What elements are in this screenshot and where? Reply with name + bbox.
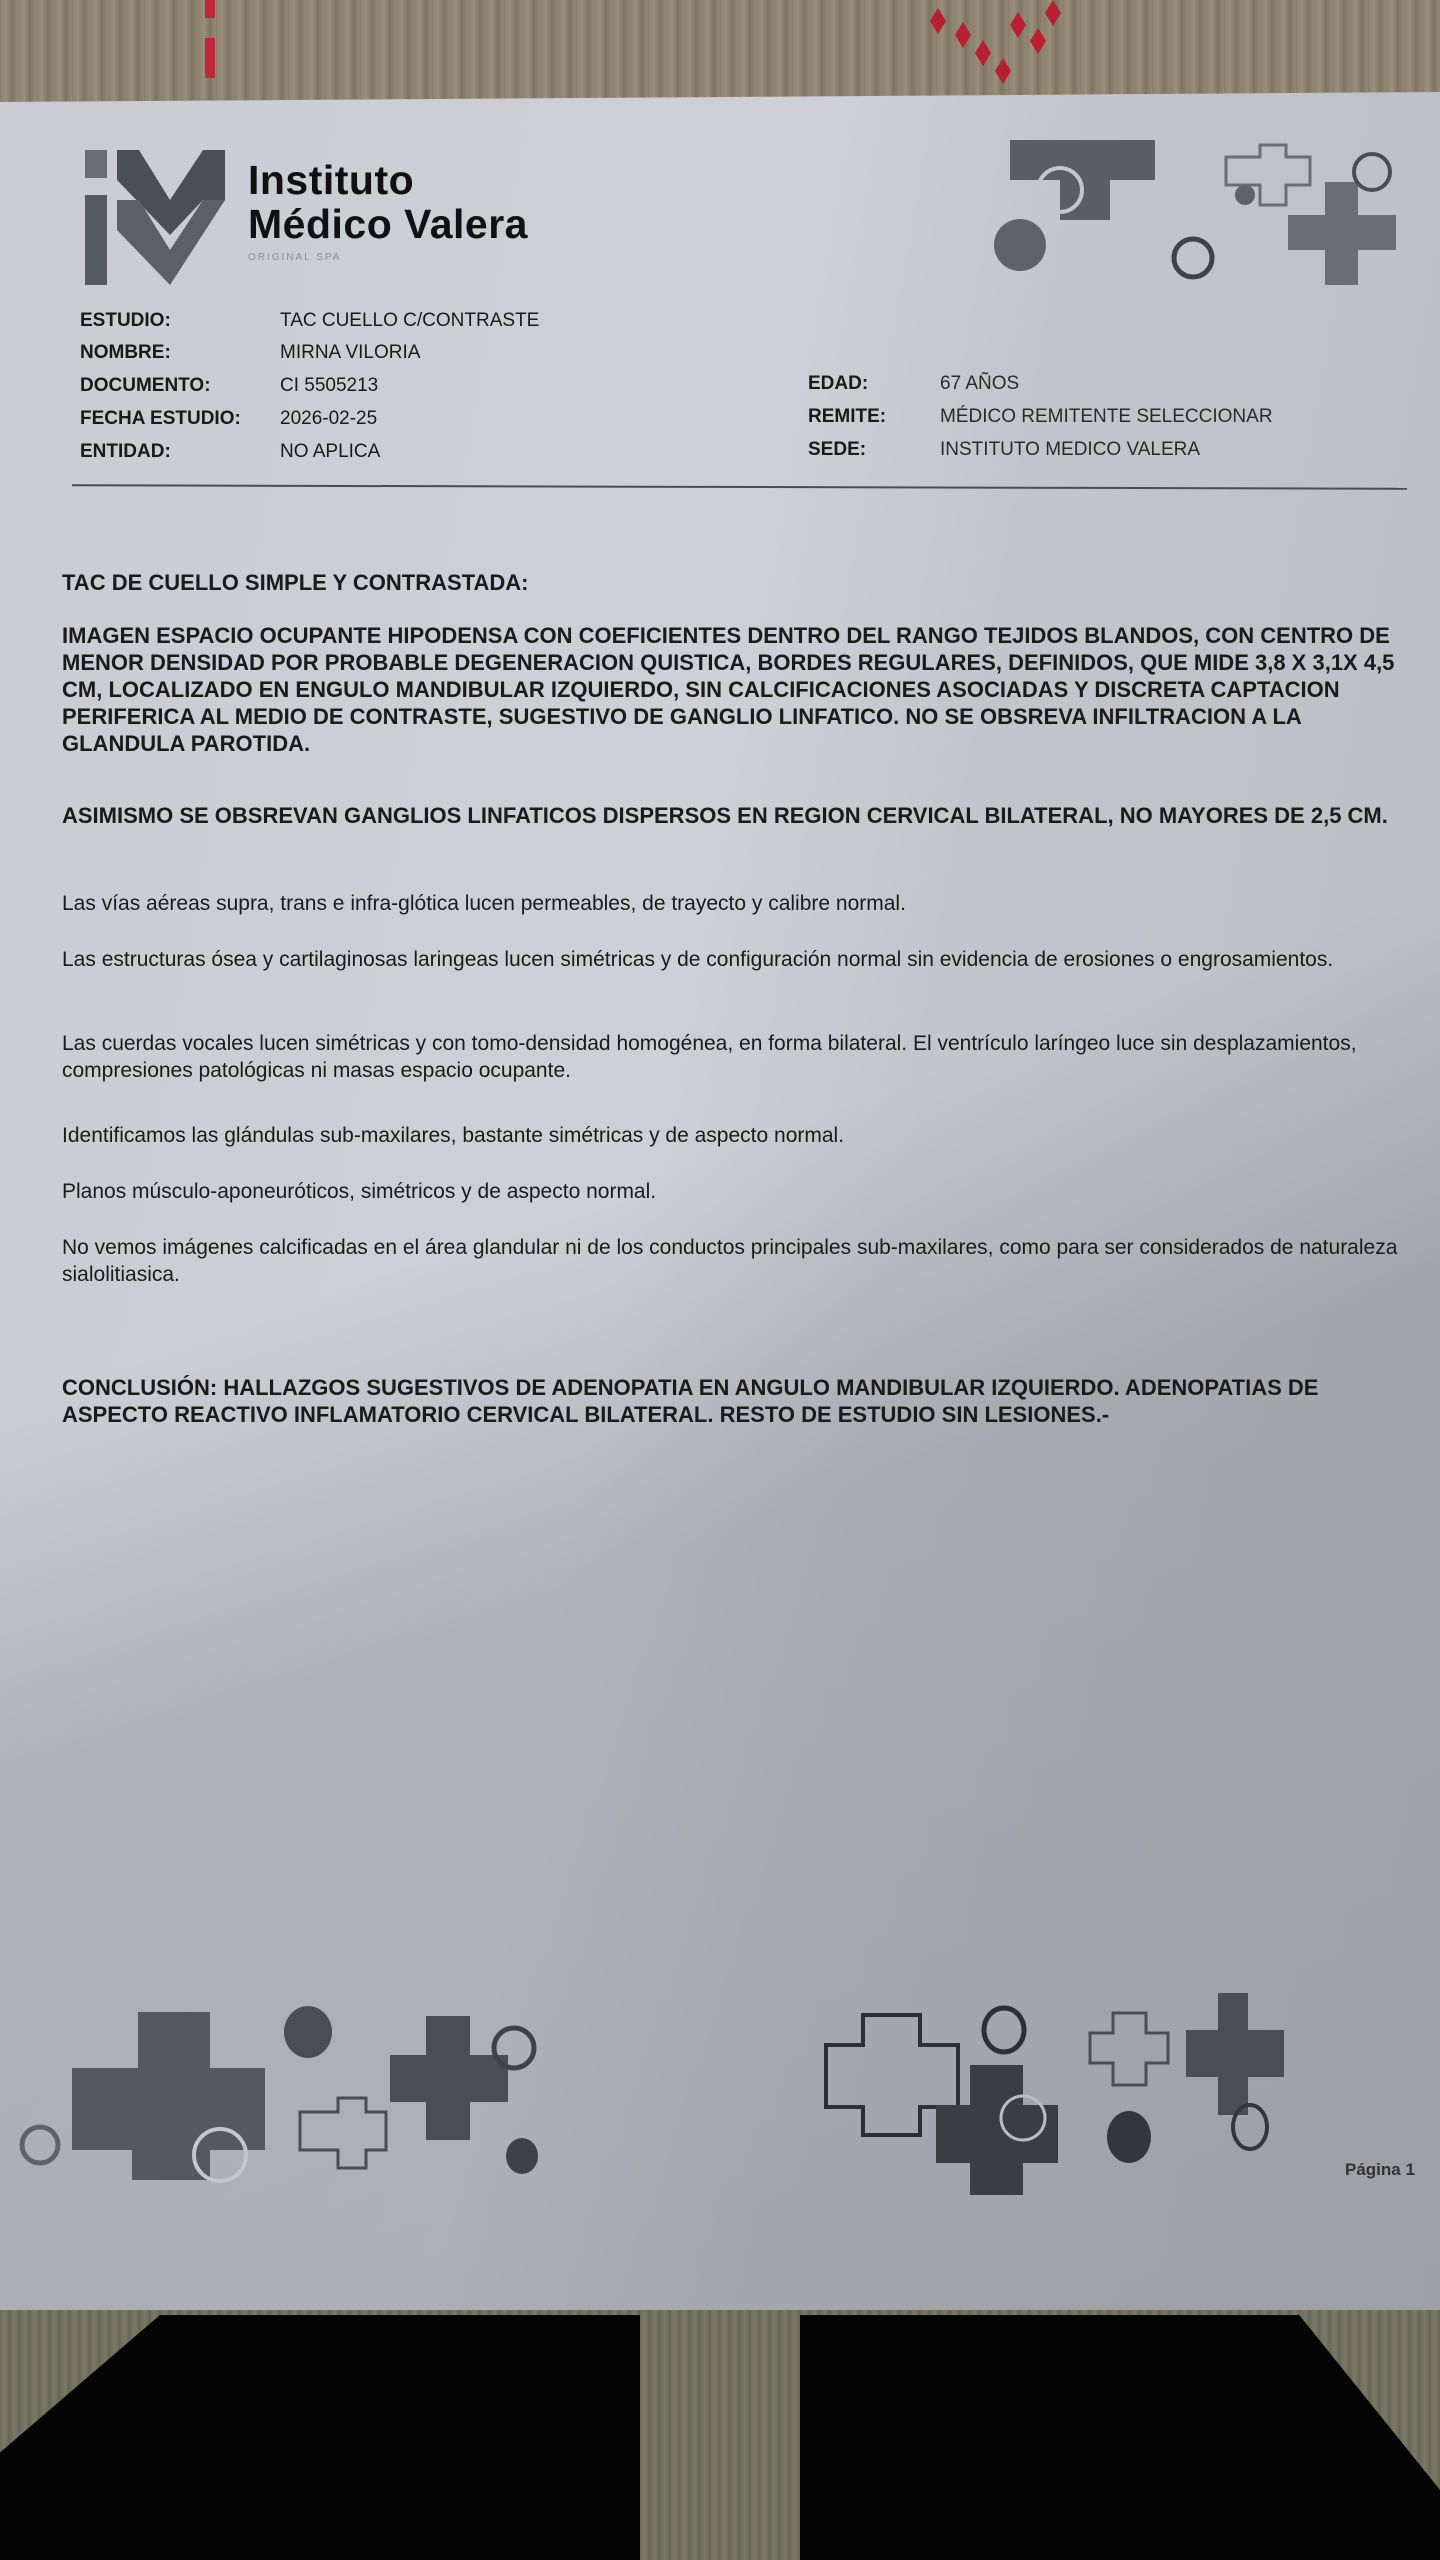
- finding-calcifications: No vemos imágenes calcificadas en el áre…: [62, 1234, 1402, 1288]
- finding-muscle-planes: Planos músculo-aponeuróticos, simétricos…: [62, 1178, 1402, 1205]
- institution-name-line2: Médico Valera: [248, 202, 528, 246]
- finding-vocal-cords: Las cuerdas vocales lucen simétricas y c…: [62, 1030, 1402, 1084]
- report-conclusion: CONCLUSIÓN: HALLAZGOS SUGESTIVOS DE ADEN…: [62, 1374, 1402, 1428]
- institution-logo-icon: [85, 150, 225, 285]
- report-title: TAC DE CUELLO SIMPLE Y CONTRASTADA:: [62, 570, 1402, 596]
- decorative-medical-crosses-bottom-right-icon: [818, 1985, 1418, 2195]
- finding-lymph-nodes: ASIMISMO SE OBSREVAN GANGLIOS LINFATICOS…: [62, 802, 1402, 829]
- finding-airways: Las vías aéreas supra, trans e infra-gló…: [62, 890, 1402, 917]
- institution-name-line1: Instituto: [248, 158, 528, 202]
- decorative-medical-crosses-bottom-left-icon: [10, 2000, 550, 2200]
- finding-main-lesion: IMAGEN ESPACIO OCUPANTE HIPODENSA CON CO…: [62, 622, 1402, 757]
- decorative-medical-crosses-icon: [960, 120, 1400, 290]
- institution-tagline: ORIGINAL SPA: [248, 252, 528, 263]
- page-number: Página 1: [1345, 2160, 1415, 2180]
- institution-name: Instituto Médico Valera ORIGINAL SPA: [248, 158, 528, 263]
- finding-laryngeal-structures: Las estructuras ósea y cartilaginosas la…: [62, 946, 1402, 973]
- finding-submaxillary-glands: Identificamos las glándulas sub-maxilare…: [62, 1122, 1402, 1149]
